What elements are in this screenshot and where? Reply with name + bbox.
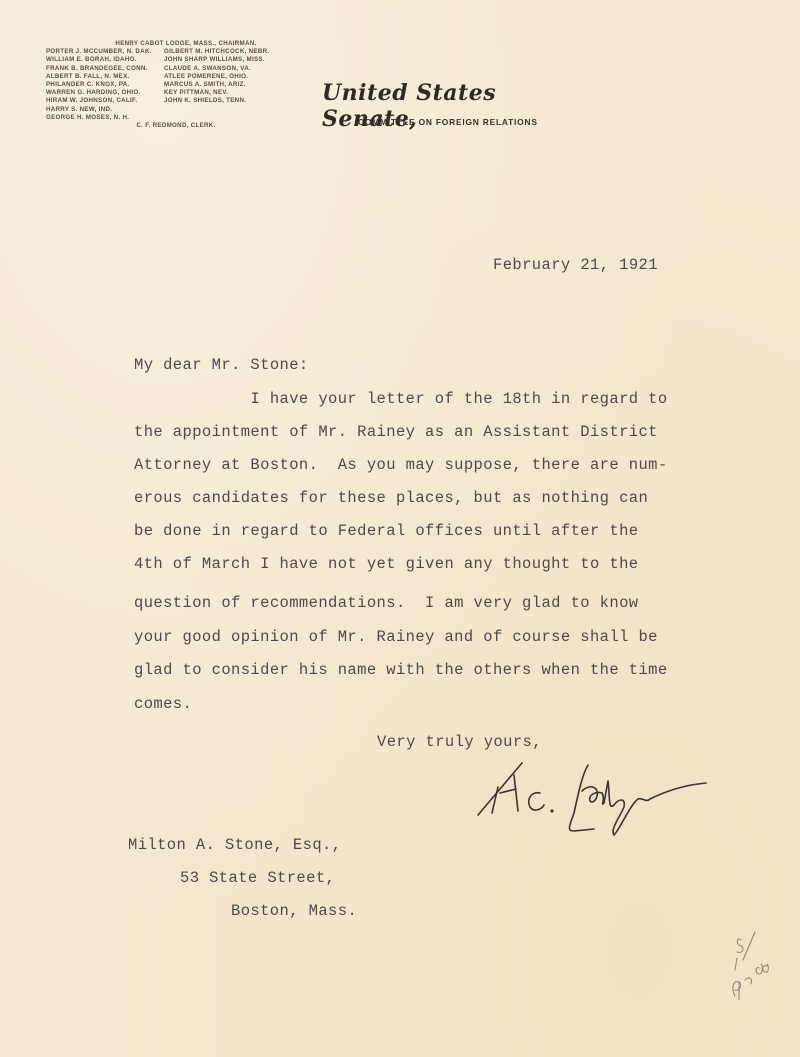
pencil-annotation xyxy=(725,930,785,1000)
signature xyxy=(470,755,720,840)
salutation: My dear Mr. Stone: xyxy=(134,356,309,374)
member-name: HARRY S. NEW, IND. xyxy=(46,106,164,114)
body-line: comes. xyxy=(134,695,192,713)
member-name: WILLIAM E. BORAH, IDAHO. xyxy=(46,56,164,64)
recipient-street: 53 State Street, xyxy=(180,869,335,887)
committee-member-list: HENRY CABOT LODGE, MASS., CHAIRMAN. PORT… xyxy=(46,40,286,130)
body-line: Attorney at Boston. As you may suppose, … xyxy=(134,456,668,474)
body-line: your good opinion of Mr. Rainey and of c… xyxy=(134,628,658,646)
chairman-line: HENRY CABOT LODGE, MASS., CHAIRMAN. xyxy=(46,40,286,48)
member-name: JOHN SHARP WILLIAMS, MISS. xyxy=(164,56,282,64)
members-left-column: PORTER J. MCCUMBER, N. DAK. WILLIAM E. B… xyxy=(46,48,164,122)
letterhead-subtitle: COMMITTEE ON FOREIGN RELATIONS xyxy=(358,117,538,127)
letter-page: HENRY CABOT LODGE, MASS., CHAIRMAN. PORT… xyxy=(0,0,800,1057)
member-name: WARREN G. HARDING, OHIO. xyxy=(46,89,164,97)
member-name: CLAUDE A. SWANSON, VA. xyxy=(164,65,282,73)
member-name: MARCUS A. SMITH, ARIZ. xyxy=(164,81,282,89)
recipient-name: Milton A. Stone, Esq., xyxy=(128,836,341,854)
member-name: GILBERT M. HITCHCOCK, NEBR. xyxy=(164,48,282,56)
member-name: ALBERT B. FALL, N. MEX. xyxy=(46,73,164,81)
body-line: the appointment of Mr. Rainey as an Assi… xyxy=(134,423,658,441)
body-line: I have your letter of the 18th in regard… xyxy=(134,390,668,408)
body-line: glad to consider his name with the other… xyxy=(134,661,668,679)
member-name: HIRAM W. JOHNSON, CALIF. xyxy=(46,97,164,105)
member-name: GEORGE H. MOSES, N. H. xyxy=(46,114,164,122)
body-line: question of recommendations. I am very g… xyxy=(134,594,638,612)
clerk-line: C. F. REDMOND, CLERK. xyxy=(46,122,286,130)
closing: Very truly yours, xyxy=(377,733,542,751)
letter-date: February 21, 1921 xyxy=(493,256,658,274)
member-name: ATLEE POMERENE, OHIO. xyxy=(164,73,282,81)
body-line: be done in regard to Federal offices unt… xyxy=(134,522,638,540)
member-name: FRANK B. BRANDEGEE, CONN. xyxy=(46,65,164,73)
body-line: erous candidates for these places, but a… xyxy=(134,489,648,507)
member-name: PHILANDER C. KNOX, PA. xyxy=(46,81,164,89)
body-line: 4th of March I have not yet given any th… xyxy=(134,555,638,573)
members-right-column: GILBERT M. HITCHCOCK, NEBR. JOHN SHARP W… xyxy=(164,48,282,122)
member-name: KEY PITTMAN, NEV. xyxy=(164,89,282,97)
recipient-city: Boston, Mass. xyxy=(231,902,357,920)
member-name: PORTER J. MCCUMBER, N. DAK. xyxy=(46,48,164,56)
member-name: JOHN K. SHIELDS, TENN. xyxy=(164,97,282,105)
